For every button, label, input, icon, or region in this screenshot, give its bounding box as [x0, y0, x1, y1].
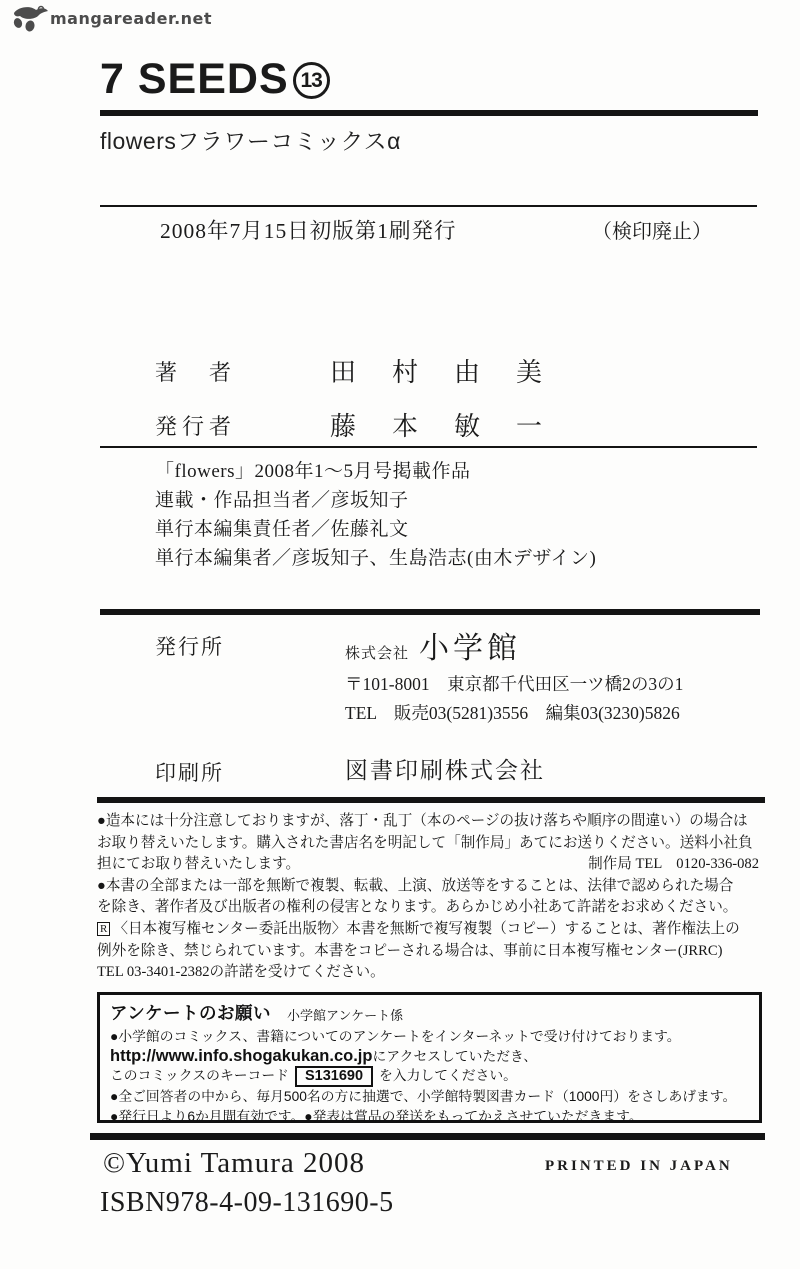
- publisher-company: 株式会社 小学館: [345, 623, 521, 667]
- survey-url-line: http://www.info.shogakukan.co.jpにアクセスしてい…: [110, 1047, 747, 1067]
- author-name: 田 村 由 美: [330, 352, 547, 389]
- colophon-page: mangareader.net 7 SEEDS 13 flowersフラワーコミ…: [0, 0, 800, 1269]
- survey-line: ●発行日より6か月間有効です。●発表は賞品の発送をもってかえさせていただきます。: [110, 1107, 747, 1127]
- watermark: mangareader.net: [8, 3, 212, 33]
- edition-date: 2008年7月15日初版第1刷発行: [160, 214, 457, 245]
- company-prefix: 株式会社: [345, 642, 409, 667]
- serial-line: 単行本編集責任者／佐藤礼文: [155, 515, 596, 544]
- company-name: 小学館: [419, 623, 521, 667]
- book-title-text: 7 SEEDS: [100, 58, 289, 101]
- publisher-phone: TEL 販売03(5281)3556 編集03(3230)5826: [345, 700, 680, 725]
- book-title: 7 SEEDS 13: [100, 58, 330, 101]
- legal-line: TEL 03-3401-2382の許諾を受けてください。: [97, 962, 759, 984]
- author-label: 著 者: [155, 356, 236, 387]
- keycode-prefix: このコミックスのキーコード: [110, 1068, 289, 1083]
- survey-request-box: アンケートのお願い 小学館アンケート係 ●小学館のコミックス、書籍についてのアン…: [97, 992, 762, 1123]
- imprint-label: flowersフラワーコミックスα: [100, 123, 401, 156]
- isbn-number: ISBN978-4-09-131690-5: [100, 1187, 394, 1219]
- copyright-notice: ©Yumi Tamura 2008: [103, 1147, 365, 1180]
- publisher-person-label: 発行者: [155, 410, 236, 441]
- keycode-value: S131690: [295, 1066, 373, 1087]
- legal-line: 担にてお取り替えいたします。 制作局 TEL 0120-336-082: [97, 854, 759, 876]
- survey-heading-row: アンケートのお願い 小学館アンケート係: [110, 1000, 747, 1025]
- title-underline-rule: [100, 110, 758, 116]
- survey-subheading: 小学館アンケート係: [287, 1005, 403, 1025]
- legal-line: を除き、著作者及び出版者の権利の侵害となります。あらかじめ小社あて許諾をお求めく…: [97, 897, 759, 919]
- survey-line: ●小学館のコミックス、書籍についてのアンケートをインターネットで受け付けておりま…: [110, 1027, 747, 1047]
- survey-url-suffix: にアクセスしていただき、: [372, 1049, 537, 1064]
- footer-top-rule: [90, 1133, 765, 1140]
- credits-bottom-rule: [100, 446, 757, 448]
- legal-line: お取り替えいたします。購入された書店名を明記して「制作局」あてにお送りください。…: [97, 833, 759, 855]
- edition-top-rule: [100, 205, 757, 207]
- legal-line-text: 〈日本複写権センター委託出版物〉本書を無断で複写複製（コピー）することは、著作権…: [113, 921, 739, 937]
- legal-line-left: 担にてお取り替えいたします。: [97, 854, 300, 876]
- publishing-office-label: 発行所: [155, 631, 224, 661]
- publisher-address: 〒101-8001 東京都千代田区一ツ橋2の3の1: [345, 671, 683, 696]
- publisher-top-rule: [100, 609, 760, 615]
- keycode-suffix: を入力してください。: [379, 1068, 517, 1083]
- legal-line: ●造本には十分注意しておりますが、落丁・乱丁（本のページの抜け落ちや順序の間違い…: [97, 811, 759, 833]
- survey-keycode-line: このコミックスのキーコードS131690を入力してください。: [110, 1066, 747, 1087]
- serial-line: 単行本編集者／彦坂知子、生島浩志(由木デザイン): [155, 544, 596, 573]
- publisher-person-name: 藤 本 敏 一: [330, 406, 547, 443]
- serial-line: 連載・作品担当者／彦坂知子: [155, 486, 596, 515]
- printer-label: 印刷所: [155, 757, 224, 787]
- registered-copy-mark: R: [97, 922, 110, 936]
- mangareader-logo-icon: [8, 3, 52, 33]
- legal-line: ●本書の全部または一部を無断で複製、転載、上演、放送等をすることは、法律で認めら…: [97, 876, 759, 898]
- legal-line: R〈日本複写権センター委託出版物〉本書を無断で複写複製（コピー）することは、著作…: [97, 919, 759, 941]
- volume-number-badge: 13: [293, 62, 330, 99]
- printer-name: 図書印刷株式会社: [345, 752, 545, 785]
- inspection-note: （検印廃止）: [592, 215, 712, 244]
- printed-in-japan: PRINTED IN JAPAN: [545, 1158, 733, 1175]
- watermark-site-name: mangareader.net: [50, 9, 212, 28]
- legal-notices: ●造本には十分注意しておりますが、落丁・乱丁（本のページの抜け落ちや順序の間違い…: [97, 811, 759, 984]
- serialization-info: 「flowers」2008年1～5月号掲載作品 連載・作品担当者／彦坂知子 単行…: [155, 457, 596, 573]
- legal-line: 例外を除き、禁じられています。本書をコピーされる場合は、事前に日本複写権センター…: [97, 941, 759, 963]
- serial-line: 「flowers」2008年1～5月号掲載作品: [155, 457, 596, 486]
- production-bureau-phone: 制作局 TEL 0120-336-082: [588, 854, 759, 876]
- survey-heading: アンケートのお願い: [110, 1000, 271, 1025]
- printer-bottom-rule: [97, 797, 765, 803]
- survey-url: http://www.info.shogakukan.co.jp: [110, 1047, 372, 1065]
- survey-line: ●全ご回答者の中から、毎月500名の方に抽選で、小学館特製図書カード（1000円…: [110, 1087, 747, 1107]
